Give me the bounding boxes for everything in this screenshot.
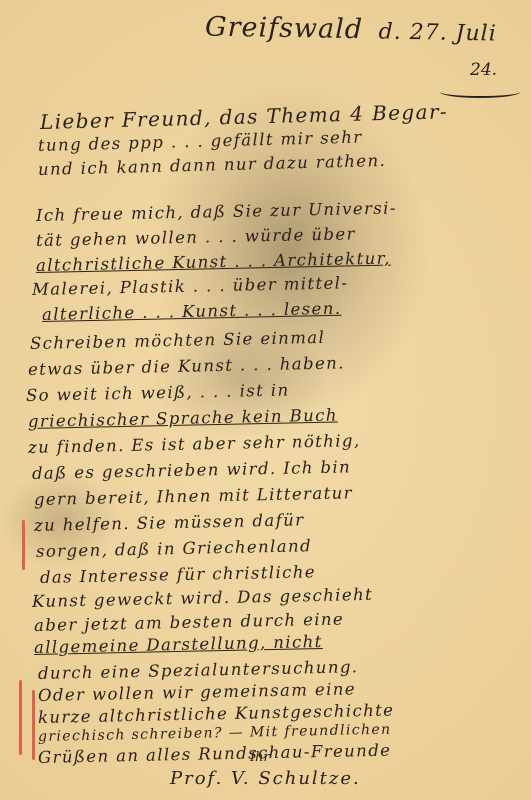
letter-line: Malerei, Plastik . . . über mittel- xyxy=(32,275,349,298)
letter-line: griechischer Sprache kein Buch xyxy=(28,408,338,431)
letter-line: aber jetzt am besten durch eine xyxy=(34,612,344,635)
letter-line: das Interesse für christliche xyxy=(40,564,316,586)
signature: Prof. V. Schultze. xyxy=(170,768,361,789)
letter-heading: Greifswald d. 27. Juli xyxy=(205,11,497,47)
letter-line: daß es geschrieben wird. Ich bin xyxy=(32,459,351,482)
letter-line: alterliche . . . Kunst . . . lesen. xyxy=(42,301,342,324)
letter-line: Ich freue mich, daß Sie zur Universi- xyxy=(36,200,397,224)
red-margin-mark xyxy=(22,520,25,570)
red-margin-mark xyxy=(19,680,22,755)
letter-line: tung des ppp . . . gefällt mir sehr xyxy=(38,130,363,155)
letter-line: tät gehen wollen . . . würde über xyxy=(36,226,356,249)
letter-page: Greifswald d. 27. Juli 24. Lieber Freund… xyxy=(0,0,531,800)
place-name: Greifswald xyxy=(205,11,364,45)
letter-line: und ich kann dann nur dazu rathen. xyxy=(38,153,387,179)
letter-year: 24. xyxy=(470,60,497,80)
letter-date: d. 27. Juli xyxy=(378,19,497,46)
letter-line: zu finden. Es ist aber sehr nöthig, xyxy=(28,433,361,456)
letter-line: Lieber Freund, das Thema 4 Begar- xyxy=(40,101,449,132)
letter-line: gern bereit, Ihnen mit Litteratur xyxy=(34,485,353,508)
letter-line: etwas über die Kunst . . . haben. xyxy=(28,355,345,378)
closing-word: Ihr xyxy=(250,750,270,765)
letter-line: sorgen, daß in Griechenland xyxy=(36,538,312,560)
letter-line: Oder wollen wir gemeinsam eine xyxy=(38,681,356,704)
letter-line: altchristliche Kunst . . . Architektur, xyxy=(36,251,391,275)
letter-line: allgemeine Darstellung, nicht xyxy=(34,634,323,657)
letter-line: Kunst geweckt wird. Das geschieht xyxy=(32,587,373,611)
letter-line: Grüßen an alles Rundschau-Freunde xyxy=(38,743,392,767)
letter-line: zu helfen. Sie müssen dafür xyxy=(34,512,305,534)
letter-line: durch eine Spezialuntersuchung. xyxy=(38,659,359,682)
letter-line: So weit ich weiß, . . . ist in xyxy=(26,382,290,404)
letter-line: Schreiben möchten Sie einmal xyxy=(30,330,326,353)
date-flourish xyxy=(440,86,520,98)
red-margin-mark xyxy=(32,690,35,760)
